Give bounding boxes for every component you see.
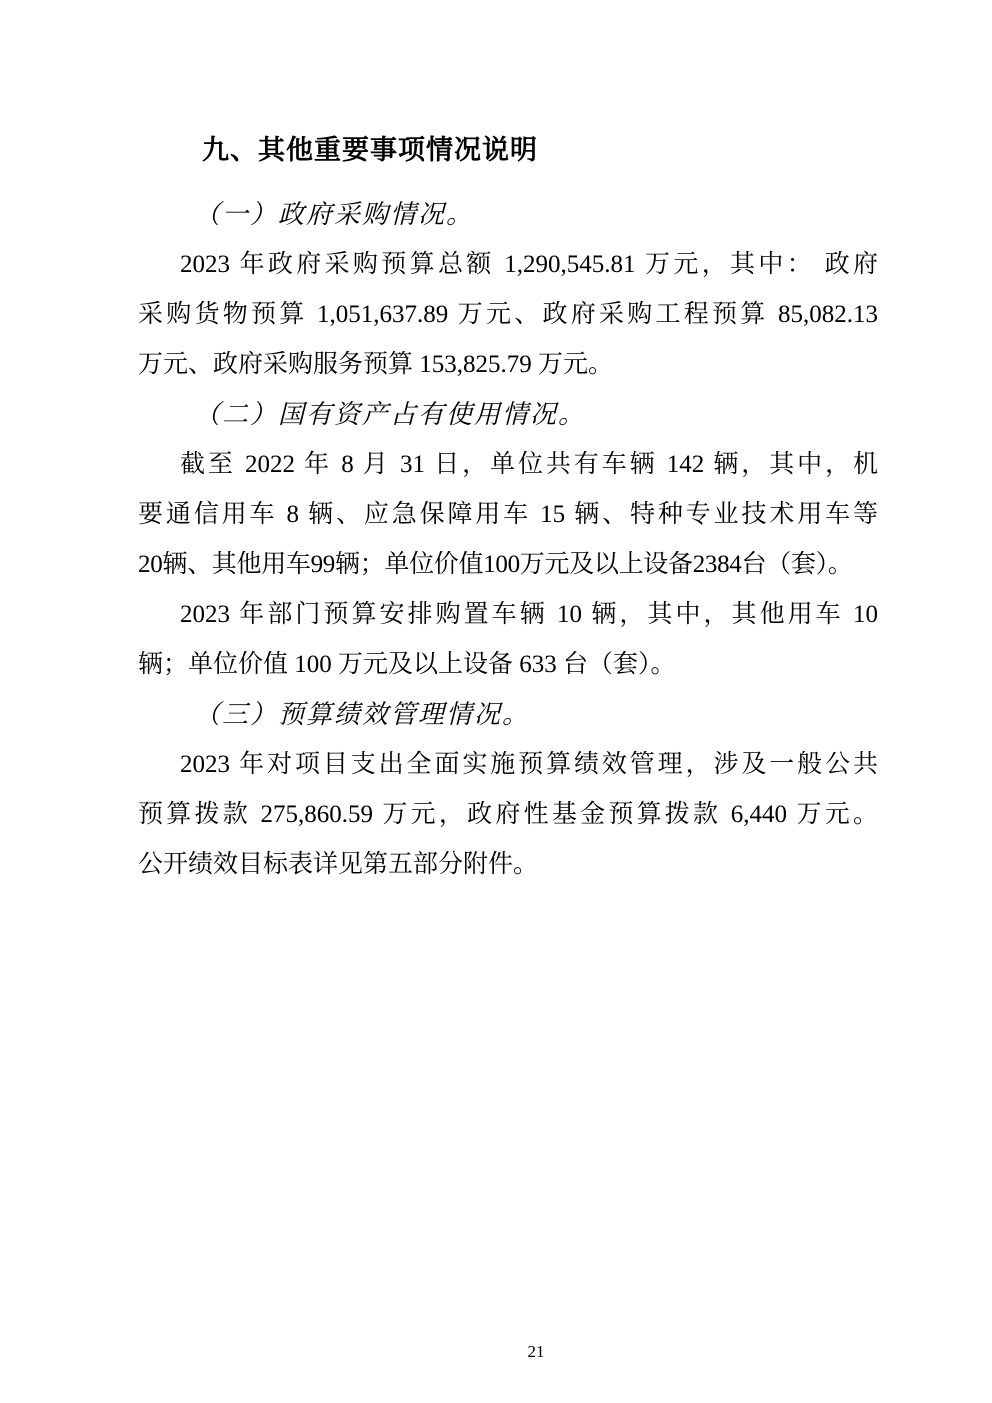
text-line: 预算拨款 275,860.59 万元，政府性基金预算拨款 6,440 万元。 [138,790,878,840]
paragraph-performance: 2023 年对项目支出全面实施预算绩效管理，涉及一般公共 预算拨款 275,86… [138,740,878,890]
page-title: 九、其他重要事项情况说明 [138,125,878,175]
paragraph-vehicles-current: 截至 2022 年 8 月 31 日，单位共有车辆 142 辆，其中，机 要通信… [138,440,878,590]
page-footer: 21 [80,1340,992,1364]
text-line: 2023 年部门预算安排购置车辆 10 辆，其中，其他用车 10 [138,590,878,640]
document-page: 九、其他重要事项情况说明 （一）政府采购情况。 2023 年政府采购预算总额 1… [0,0,992,1403]
subsection-heading-state-assets: （二）国有资产占有使用情况。 [138,390,878,440]
text-line: 要通信用车 8 辆、应急保障用车 15 辆、特种专业技术用车等 [138,490,878,540]
text-line: 采购货物预算 1,051,637.89 万元、政府采购工程预算 85,082.1… [138,290,878,340]
text-line: 20辆、其他用车99辆；单位价值100万元及以上设备2384台（套）。 [138,540,878,590]
text-line: 万元、政府采购服务预算 153,825.79 万元。 [138,340,878,390]
paragraph-vehicles-budget: 2023 年部门预算安排购置车辆 10 辆，其中，其他用车 10 辆；单位价值 … [138,590,878,690]
text-line: 截至 2022 年 8 月 31 日，单位共有车辆 142 辆，其中，机 [138,440,878,490]
subsection-heading-procurement: （一）政府采购情况。 [138,190,878,240]
section-state-assets: （二）国有资产占有使用情况。 截至 2022 年 8 月 31 日，单位共有车辆… [138,390,878,690]
page-number: 21 [528,1342,545,1361]
text-line: 2023 年对项目支出全面实施预算绩效管理，涉及一般公共 [138,740,878,790]
subsection-heading-performance: （三）预算绩效管理情况。 [138,690,878,740]
text-line: 辆；单位价值 100 万元及以上设备 633 台（套）。 [138,640,878,690]
section-budget-performance: （三）预算绩效管理情况。 2023 年对项目支出全面实施预算绩效管理，涉及一般公… [138,690,878,890]
section-government-procurement: （一）政府采购情况。 2023 年政府采购预算总额 1,290,545.81 万… [138,190,878,390]
text-line: 2023 年政府采购预算总额 1,290,545.81 万元，其中： 政府 [138,240,878,290]
text-line: 公开绩效目标表详见第五部分附件。 [138,840,878,890]
paragraph-procurement: 2023 年政府采购预算总额 1,290,545.81 万元，其中： 政府 采购… [138,240,878,390]
document-content: 九、其他重要事项情况说明 （一）政府采购情况。 2023 年政府采购预算总额 1… [138,125,878,890]
